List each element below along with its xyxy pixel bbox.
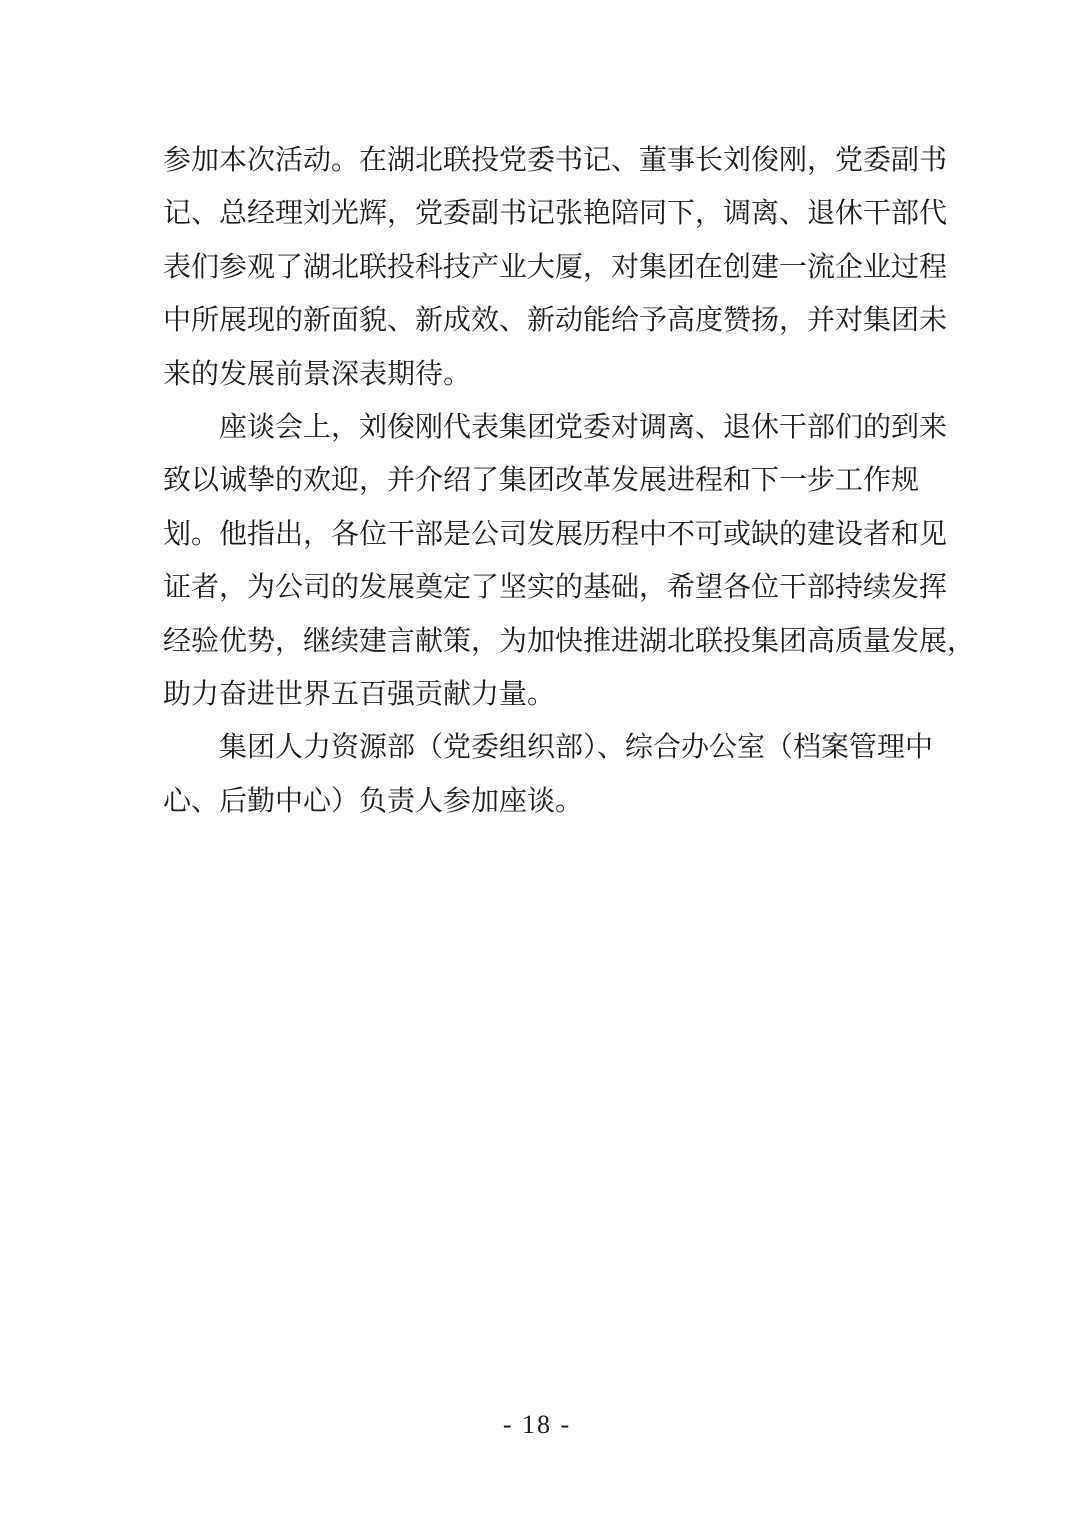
body-text: 参加本次活动。在湖北联投党委书记、董事长刘俊刚，党委副书 记、总经理刘光辉，党委… <box>163 133 913 827</box>
text-line: 中所展现的新面貌、新成效、新动能给予高度赞扬，并对集团未 <box>163 293 913 346</box>
text-line: 记、总经理刘光辉，党委副书记张艳陪同下，调离、退休干部代 <box>163 186 913 239</box>
text-line: 表们参观了湖北联投科技产业大厦，对集团在创建一流企业过程 <box>163 240 913 293</box>
text-line: 助力奋进世界五百强贡献力量。 <box>163 667 913 720</box>
text-line: 心、后勤中心）负责人参加座谈。 <box>163 774 913 827</box>
paragraph-1: 参加本次活动。在湖北联投党委书记、董事长刘俊刚，党委副书 记、总经理刘光辉，党委… <box>163 133 913 400</box>
text-line: 来的发展前景深表期待。 <box>163 347 913 400</box>
page-number: - 18 - <box>0 1410 1074 1440</box>
paragraph-2: 座谈会上，刘俊刚代表集团党委对调离、退休干部们的到来 致以诚挚的欢迎，并介绍了集… <box>163 400 913 720</box>
text-line: 参加本次活动。在湖北联投党委书记、董事长刘俊刚，党委副书 <box>163 133 913 186</box>
document-page: 参加本次活动。在湖北联投党委书记、董事长刘俊刚，党委副书 记、总经理刘光辉，党委… <box>0 0 1074 1520</box>
text-line: 证者，为公司的发展奠定了坚实的基础，希望各位干部持续发挥 <box>163 560 913 613</box>
text-line: 座谈会上，刘俊刚代表集团党委对调离、退休干部们的到来 <box>163 400 913 453</box>
text-line: 划。他指出，各位干部是公司发展历程中不可或缺的建设者和见 <box>163 507 913 560</box>
paragraph-3: 集团人力资源部（党委组织部）、综合办公室（档案管理中 心、后勤中心）负责人参加座… <box>163 720 913 827</box>
text-line: 经验优势，继续建言献策，为加快推进湖北联投集团高质量发展， <box>163 614 913 667</box>
text-line: 集团人力资源部（党委组织部）、综合办公室（档案管理中 <box>163 720 913 773</box>
text-line: 致以诚挚的欢迎，并介绍了集团改革发展进程和下一步工作规 <box>163 453 913 506</box>
